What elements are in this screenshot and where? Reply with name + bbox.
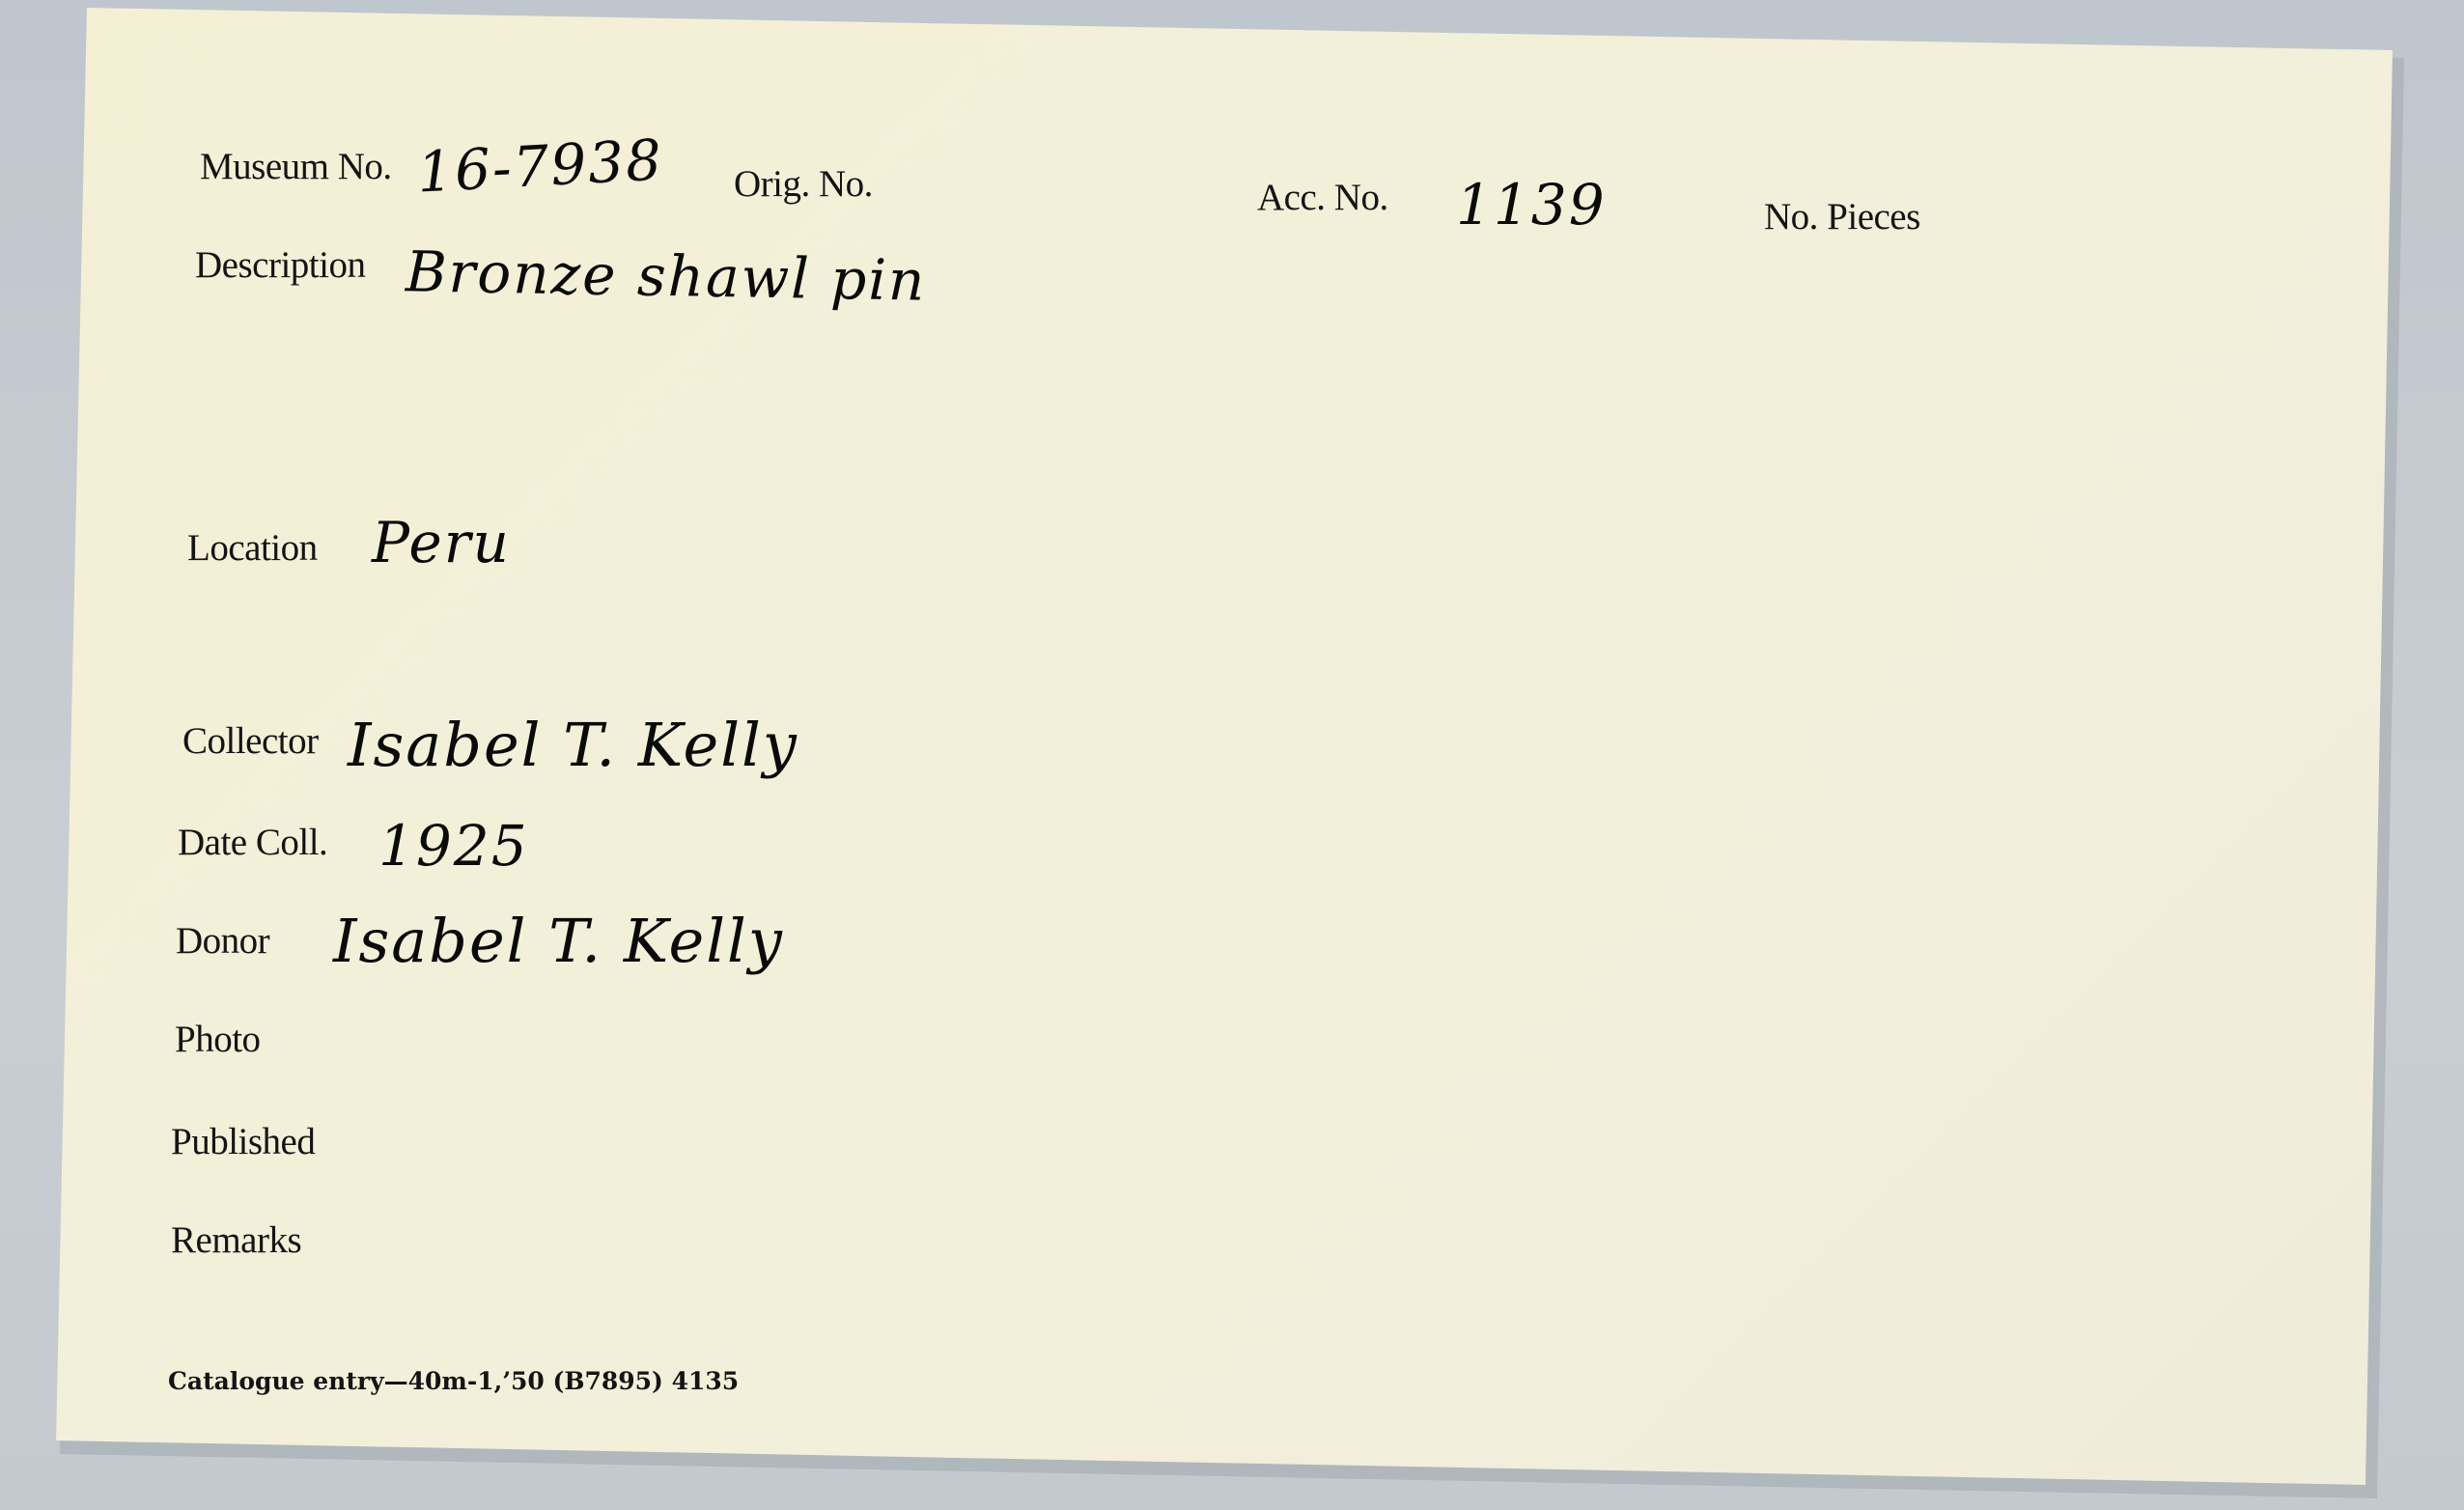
- remarks-label: Remarks: [171, 1218, 301, 1262]
- museum-no-value: 16-7938: [415, 126, 664, 205]
- location-label: Location: [187, 526, 318, 570]
- collector-label: Collector: [182, 719, 319, 763]
- no-pieces-label: No. Pieces: [1764, 195, 1920, 238]
- acc-no-value: 1139: [1456, 172, 1607, 238]
- acc-no-label: Acc. No.: [1257, 176, 1388, 219]
- donor-value: Isabel T. Kelly: [333, 906, 784, 976]
- catalogue-footer: Catalogue entry—40m-1,’50 (B7895) 4135: [168, 1367, 739, 1395]
- donor-label: Donor: [176, 919, 269, 963]
- description-value: Bronze shawl pin: [405, 238, 926, 313]
- date-coll-value: 1925: [378, 813, 529, 879]
- orig-no-label: Orig. No.: [734, 162, 873, 206]
- description-label: Description: [195, 243, 365, 287]
- collector-value: Isabel T. Kelly: [348, 710, 798, 780]
- photo-label: Photo: [175, 1018, 261, 1061]
- location-value: Peru: [372, 510, 511, 575]
- date-coll-label: Date Coll.: [178, 821, 327, 864]
- museum-no-label: Museum No.: [200, 145, 392, 188]
- published-label: Published: [171, 1120, 315, 1163]
